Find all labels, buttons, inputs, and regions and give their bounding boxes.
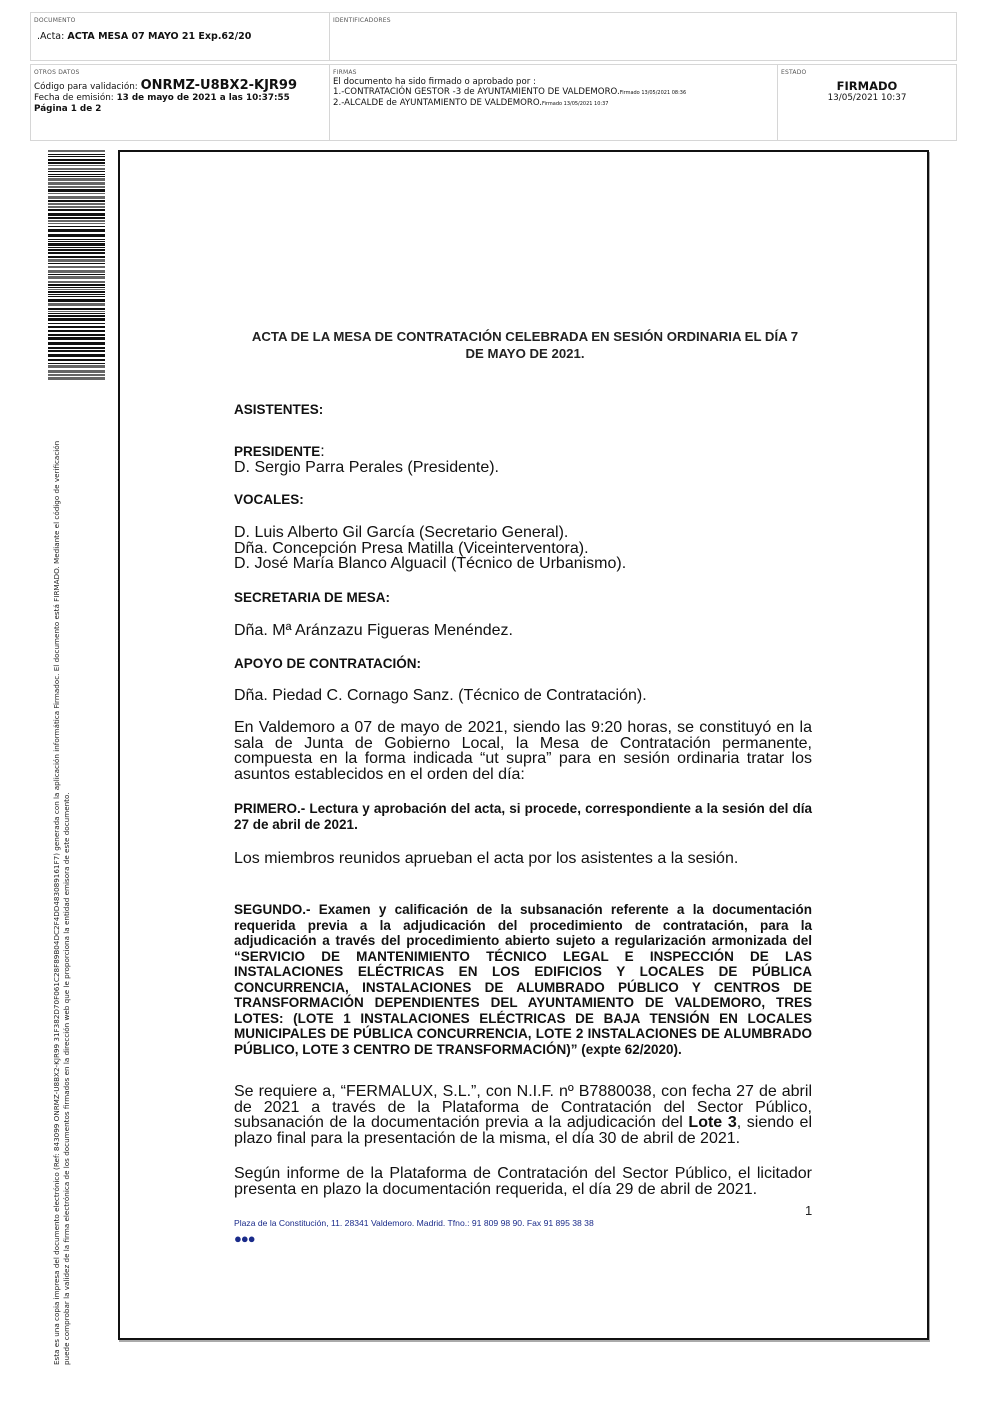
validation-code: Código para validación: ONRMZ-U8BX2-KJR9…: [34, 80, 326, 93]
identificadores-label: IDENTIFICADORES: [333, 17, 953, 24]
presidente-heading: PRESIDENTE: [234, 444, 320, 459]
estado-label: ESTADO: [781, 69, 953, 76]
list-item: Dña. Concepción Presa Matilla (Viceinter…: [234, 541, 812, 557]
secretaria-name: Dña. Mª Aránzazu Figueras Menéndez.: [234, 623, 812, 639]
otros-datos-label: OTROS DATOS: [34, 69, 326, 76]
documento-title: ACTA MESA 07 MAYO 21 Exp.62/20: [67, 31, 251, 42]
documento-cell: DOCUMENTO .Acta: ACTA MESA 07 MAYO 21 Ex…: [31, 13, 329, 60]
list-item: D. José María Blanco Alguacil (Técnico d…: [234, 556, 812, 572]
estado-value: FIRMADO 13/05/2021 10:37: [781, 79, 953, 103]
header-row-2: OTROS DATOS Código para validación: ONRM…: [30, 64, 957, 141]
estado-cell: ESTADO FIRMADO 13/05/2021 10:37: [777, 65, 956, 140]
firma-item: 2.-ALCALDE de AYUNTAMIENTO DE VALDEMORO.…: [333, 98, 774, 109]
otros-datos-cell: OTROS DATOS Código para validación: ONRM…: [31, 65, 329, 140]
asistentes-heading: ASISTENTES:: [234, 402, 812, 418]
validation-code-value: ONRMZ-U8BX2-KJR99: [141, 78, 297, 93]
list-item: D. Luis Alberto Gil García (Secretario G…: [234, 525, 812, 541]
issue-date: Fecha de emisión: 13 de mayo de 2021 a l…: [34, 93, 326, 104]
header-row-1: DOCUMENTO .Acta: ACTA MESA 07 MAYO 21 Ex…: [30, 12, 957, 61]
apoyo-name: Dña. Piedad C. Cornago Sanz. (Técnico de…: [234, 688, 812, 704]
firmas-list: El documento ha sido firmado o aprobado …: [333, 77, 774, 109]
primero-text: Los miembros reunidos aprueban el acta p…: [234, 851, 812, 867]
identificadores-cell: IDENTIFICADORES: [329, 13, 956, 60]
status-date: 13/05/2021 10:37: [781, 93, 953, 103]
documento-label: DOCUMENTO: [34, 17, 326, 24]
barcode-icon: [48, 150, 105, 380]
firmas-label: FIRMAS: [333, 69, 774, 76]
firma-item: 1.-CONTRATACIÓN GESTOR -3 de AYUNTAMIENT…: [333, 87, 774, 98]
page-number: 1: [805, 1203, 812, 1218]
vocales-heading: VOCALES:: [234, 492, 812, 508]
documento-value: .Acta: ACTA MESA 07 MAYO 21 Exp.62/20: [34, 31, 326, 42]
apoyo-heading: APOYO DE CONTRATACIÓN:: [234, 656, 812, 672]
document-title: ACTA DE LA MESA DE CONTRATACIÓN CELEBRAD…: [230, 328, 820, 362]
page-count: Página 1 de 2: [34, 104, 326, 115]
footer-dots-icon: ●●●: [234, 1231, 255, 1246]
presidente-section: PRESIDENTE: D. Sergio Parra Perales (Pre…: [234, 444, 812, 475]
primero-heading: PRIMERO.- Lectura y aprobación del acta,…: [234, 801, 812, 832]
segun-paragraph: Según informe de la Plataforma de Contra…: [234, 1166, 812, 1197]
document-metadata-header: DOCUMENTO .Acta: ACTA MESA 07 MAYO 21 Ex…: [30, 12, 957, 140]
verification-side-text: Esta es una copia impresa del documento …: [52, 380, 71, 1365]
segundo-heading: SEGUNDO.- Examen y calificación de la su…: [234, 902, 812, 1057]
firmas-cell: FIRMAS El documento ha sido firmado o ap…: [329, 65, 777, 140]
otros-datos-content: Código para validación: ONRMZ-U8BX2-KJR9…: [34, 80, 326, 115]
status-badge: FIRMADO: [781, 79, 953, 93]
intro-paragraph: En Valdemoro a 07 de mayo de 2021, siend…: [234, 720, 812, 782]
vocales-list: D. Luis Alberto Gil García (Secretario G…: [234, 525, 812, 572]
footer-address: Plaza de la Constitución, 11. 28341 Vald…: [234, 1218, 594, 1228]
secretaria-heading: SECRETARIA DE MESA:: [234, 590, 812, 606]
requiere-paragraph: Se requiere a, “FERMALUX, S.L.”, con N.I…: [234, 1084, 812, 1146]
presidente-name: D. Sergio Parra Perales (Presidente).: [234, 460, 812, 476]
